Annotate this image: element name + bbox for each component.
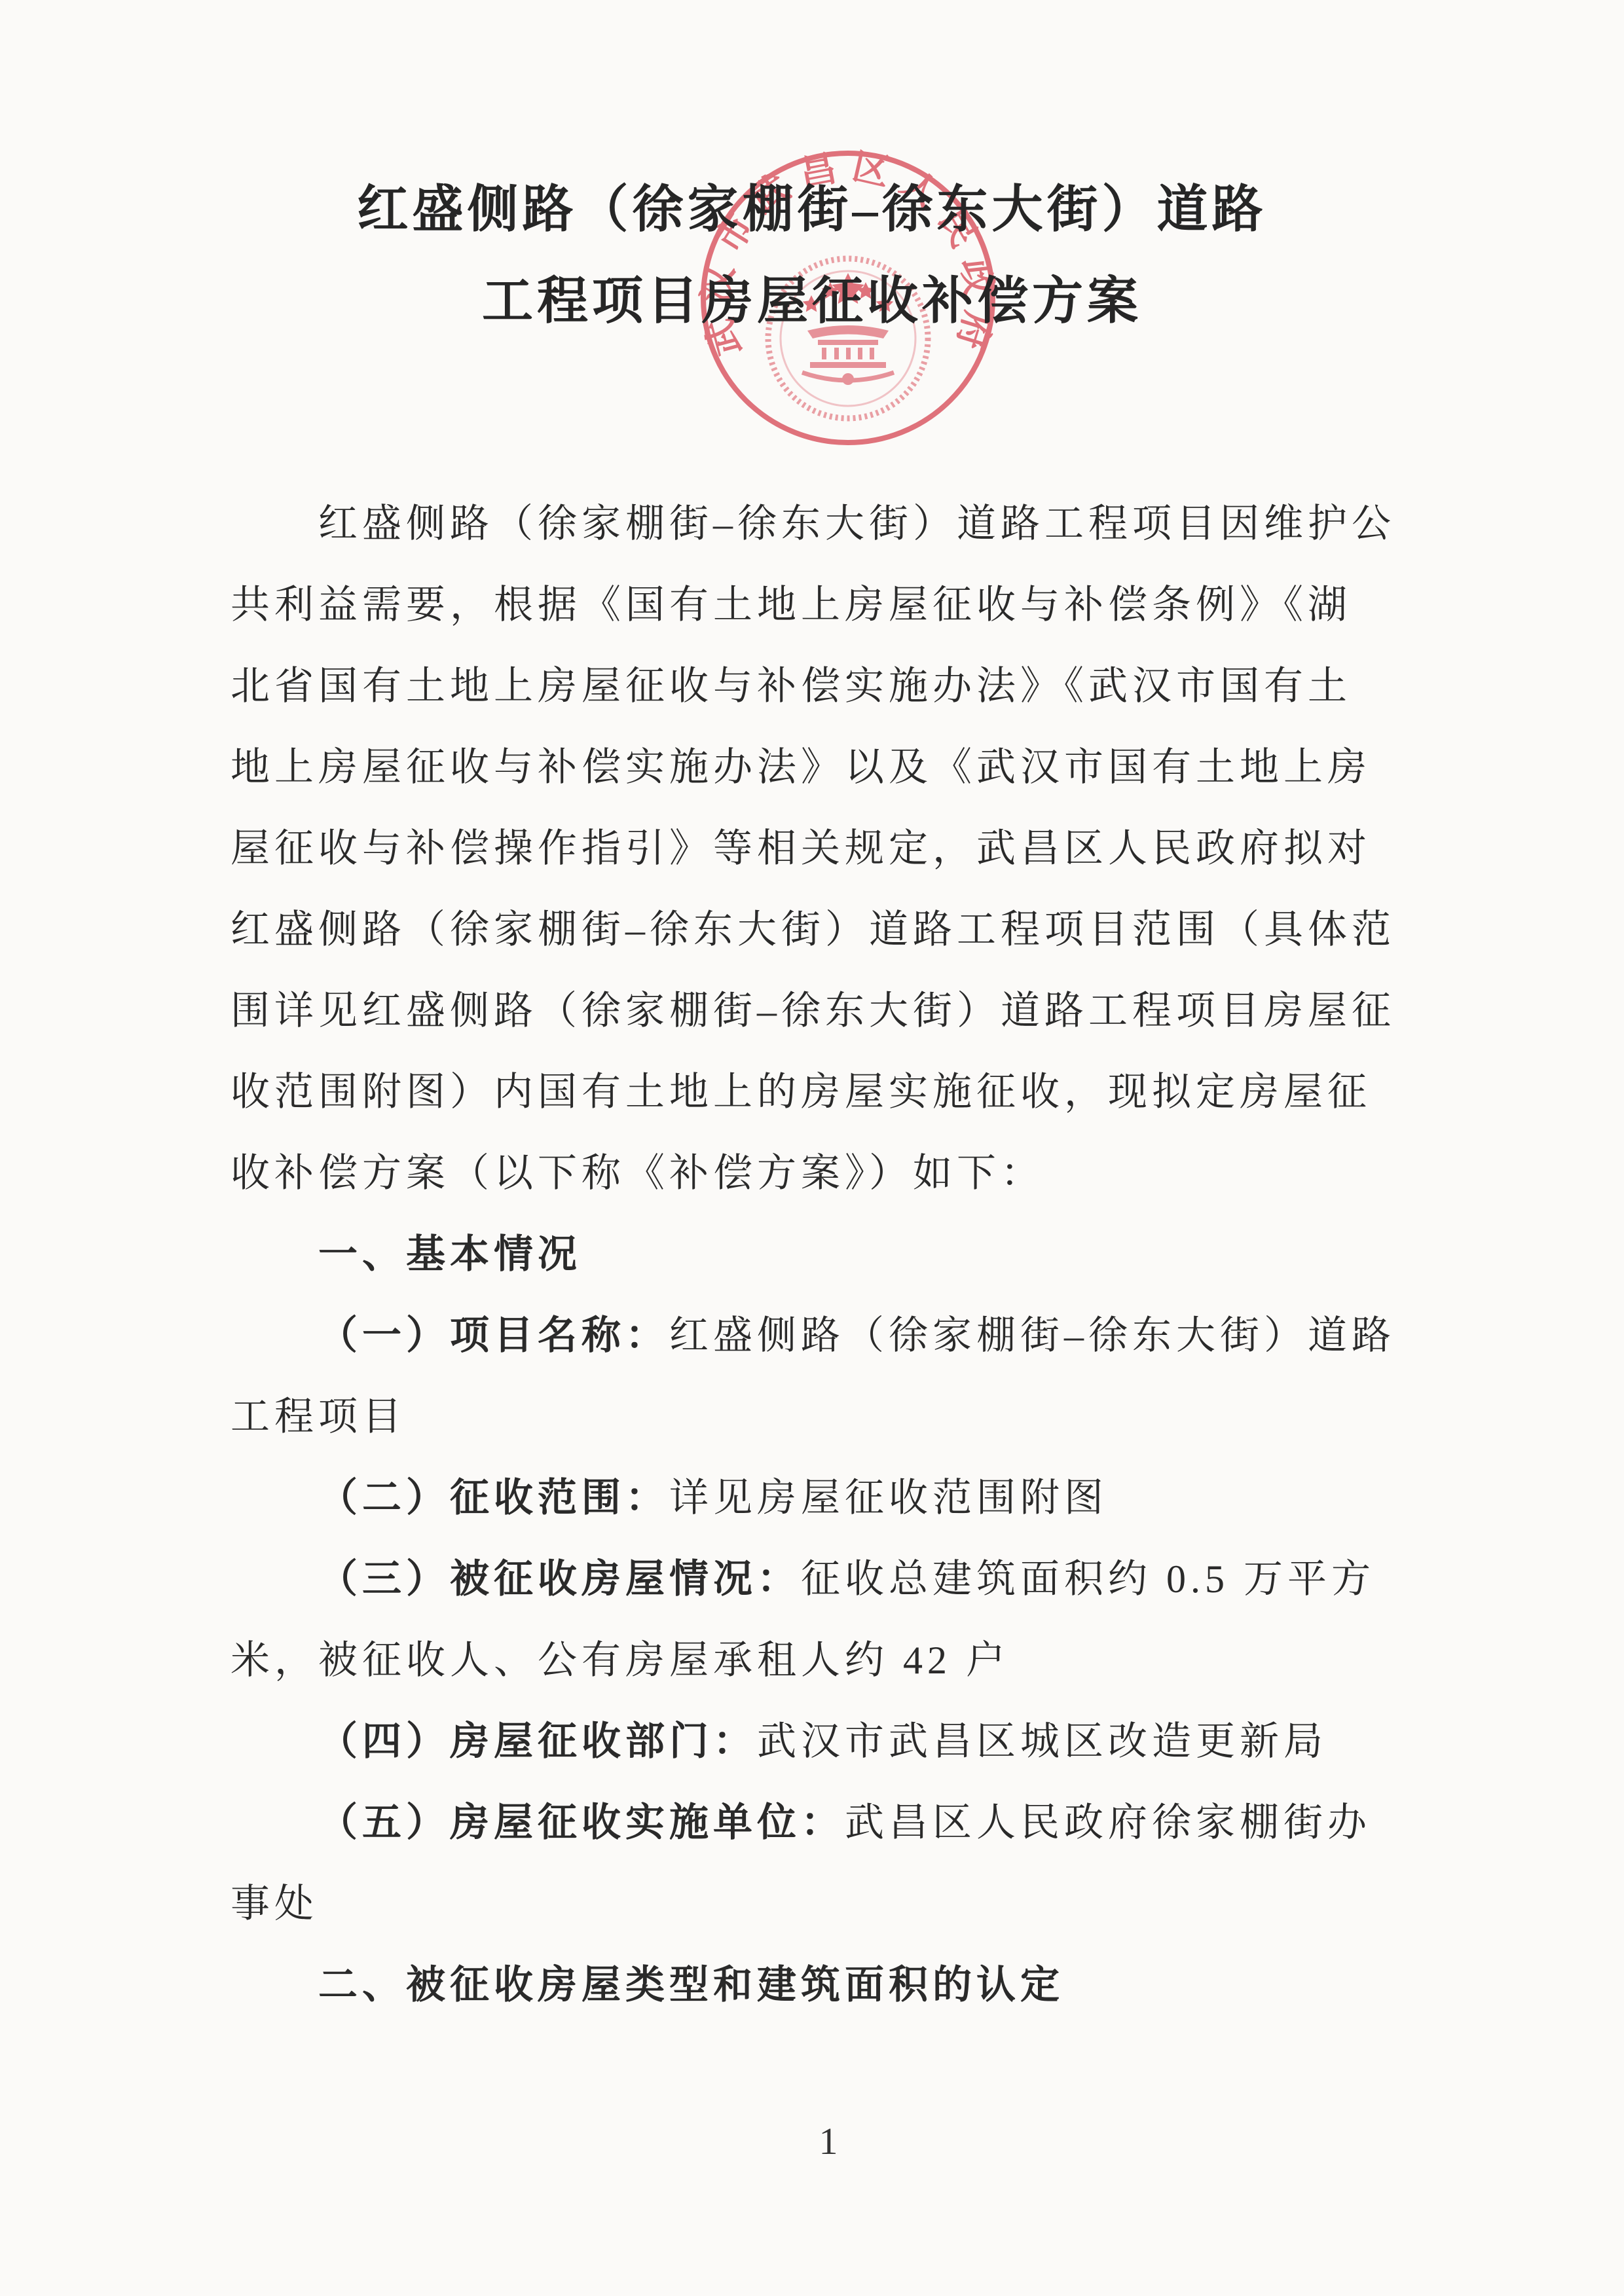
text-segment: 米，被征收人、公有房屋承租人约 42 户	[231, 1639, 1010, 1682]
text-segment: 一、基本情况	[318, 1232, 581, 1276]
body-line: 事处	[231, 1863, 1403, 1944]
body-line: 北省国有土地上房屋征收与补偿实施办法》《武汉市国有土	[231, 646, 1403, 727]
body-line: 红盛侧路（徐家棚街–徐东大街）道路工程项目范围（具体范	[231, 889, 1403, 970]
body-line: 围详见红盛侧路（徐家棚街–徐东大街）道路工程项目房屋征	[231, 970, 1403, 1051]
document-page: 武汉市武昌区人民政府	[0, 0, 1624, 2296]
text-segment: （一）项目名称：	[318, 1313, 669, 1357]
body-line: 红盛侧路（徐家棚街–徐东大街）道路工程项目因维护公	[231, 483, 1403, 564]
body-line: 地上房屋征收与补偿实施办法》以及《武汉市国有土地上房	[231, 727, 1403, 808]
text-segment: 北省国有土地上房屋征收与补偿实施办法》《武汉市国有土	[231, 665, 1352, 708]
body-line: （五）房屋征收实施单位：武昌区人民政府徐家棚街办	[231, 1782, 1403, 1863]
text-segment: 收补偿方案（以下称《补偿方案》）如下：	[231, 1152, 1044, 1195]
text-segment: 详见房屋征收范围附图	[669, 1476, 1108, 1520]
document-title: 红盛侧路（徐家棚街–徐东大街）道路 工程项目房屋征收补偿方案	[0, 164, 1624, 347]
text-segment: （五）房屋征收实施单位：	[318, 1800, 845, 1844]
text-segment: 工程项目	[231, 1395, 406, 1438]
body-line: 屋征收与补偿操作指引》等相关规定，武昌区人民政府拟对	[231, 808, 1403, 889]
text-segment: 围详见红盛侧路（徐家棚街–徐东大街）道路工程项目房屋征	[231, 989, 1395, 1032]
page-number: 1	[16, 2121, 1624, 2162]
text-segment: （三）被征收房屋情况：	[318, 1557, 801, 1601]
body-line: （二）征收范围：详见房屋征收范围附图	[231, 1457, 1403, 1539]
text-segment: 红盛侧路（徐家棚街–徐东大街）道路	[669, 1314, 1395, 1357]
document-body: 红盛侧路（徐家棚街–徐东大街）道路工程项目因维护公 共利益需要，根据《国有土地上…	[231, 483, 1403, 2026]
text-segment: 红盛侧路（徐家棚街–徐东大街）道路工程项目范围（具体范	[231, 908, 1395, 951]
body-line: 共利益需要，根据《国有土地上房屋征收与补偿条例》《湖	[231, 564, 1403, 646]
text-segment: （二）征收范围：	[318, 1476, 669, 1520]
text-segment: 共利益需要，根据《国有土地上房屋征收与补偿条例》《湖	[231, 583, 1352, 627]
text-segment: 红盛侧路（徐家棚街–徐东大街）道路工程项目因维护公	[318, 502, 1395, 545]
body-line: （一）项目名称：红盛侧路（徐家棚街–徐东大街）道路	[231, 1295, 1403, 1376]
text-segment: 地上房屋征收与补偿实施办法》以及《武汉市国有土地上房	[231, 746, 1371, 789]
text-segment: 武昌区人民政府徐家棚街办	[845, 1801, 1371, 1844]
text-segment: 屋征收与补偿操作指引》等相关规定，武昌区人民政府拟对	[231, 827, 1371, 870]
body-line: 收范围附图）内国有土地上的房屋实施征收，现拟定房屋征	[231, 1051, 1403, 1133]
text-segment: 二、被征收房屋类型和建筑面积的认定	[318, 1963, 1064, 2007]
body-line: （四）房屋征收部门：武汉市武昌区城区改造更新局	[231, 1701, 1403, 1782]
body-line: 工程项目	[231, 1376, 1403, 1457]
body-line: 收补偿方案（以下称《补偿方案》）如下：	[231, 1133, 1403, 1214]
text-segment: 征收总建筑面积约 0.5 万平方	[801, 1558, 1375, 1601]
text-segment: 收范围附图）内国有土地上的房屋实施征收，现拟定房屋征	[231, 1070, 1371, 1114]
text-segment: 事处	[231, 1882, 318, 1925]
text-segment: （四）房屋征收部门：	[318, 1719, 757, 1763]
body-line: （三）被征收房屋情况：征收总建筑面积约 0.5 万平方	[231, 1539, 1403, 1620]
body-line: 一、基本情况	[231, 1214, 1403, 1295]
title-line-1: 红盛侧路（徐家棚街–徐东大街）道路	[0, 164, 1624, 255]
title-line-2: 工程项目房屋征收补偿方案	[0, 255, 1624, 347]
body-line: 二、被征收房屋类型和建筑面积的认定	[231, 1944, 1403, 2026]
text-segment: 武汉市武昌区城区改造更新局	[757, 1720, 1327, 1763]
body-line: 米，被征收人、公有房屋承租人约 42 户	[231, 1620, 1403, 1701]
